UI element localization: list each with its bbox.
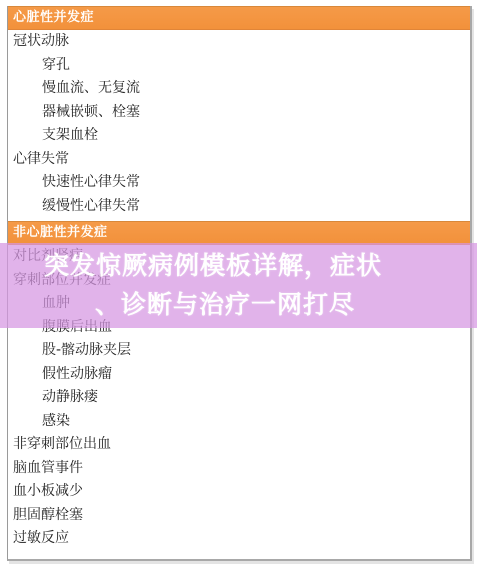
list-item: 动静脉瘘	[8, 386, 470, 410]
list-item: 支架血栓	[8, 124, 470, 148]
list-item: 冠状动脉	[8, 30, 470, 54]
list-item: 快速性心律失常	[8, 171, 470, 195]
list-item: 穿孔	[8, 54, 470, 78]
section-header-noncardiac: 非心脏性并发症	[8, 221, 470, 245]
list-item: 脑血管事件	[8, 457, 470, 481]
overlay-title-line2: 、诊断与治疗一网打尽	[95, 286, 355, 324]
list-item: 器械嵌顿、栓塞	[8, 101, 470, 125]
cardiac-complications-section: 心脏性并发症 冠状动脉 穿孔 慢血流、无复流 器械嵌顿、栓塞 支架血栓 心律失常…	[8, 6, 470, 218]
list-item: 心律失常	[8, 148, 470, 172]
title-overlay-banner: 突发惊厥病例模板详解，症状 、诊断与治疗一网打尽	[0, 243, 477, 328]
list-item: 血小板减少	[8, 480, 470, 504]
list-item: 缓慢性心律失常	[8, 195, 470, 219]
list-item: 非穿刺部位出血	[8, 433, 470, 457]
list-item: 慢血流、无复流	[8, 77, 470, 101]
section-header-cardiac: 心脏性并发症	[8, 6, 470, 30]
list-item: 胆固醇栓塞	[8, 504, 470, 528]
list-item: 股-髂动脉夹层	[8, 339, 470, 363]
list-item: 假性动脉瘤	[8, 363, 470, 387]
overlay-title-line1: 突发惊厥病例模板详解，症状	[44, 247, 382, 285]
list-item: 感染	[8, 410, 470, 434]
list-item: 过敏反应	[8, 527, 470, 551]
